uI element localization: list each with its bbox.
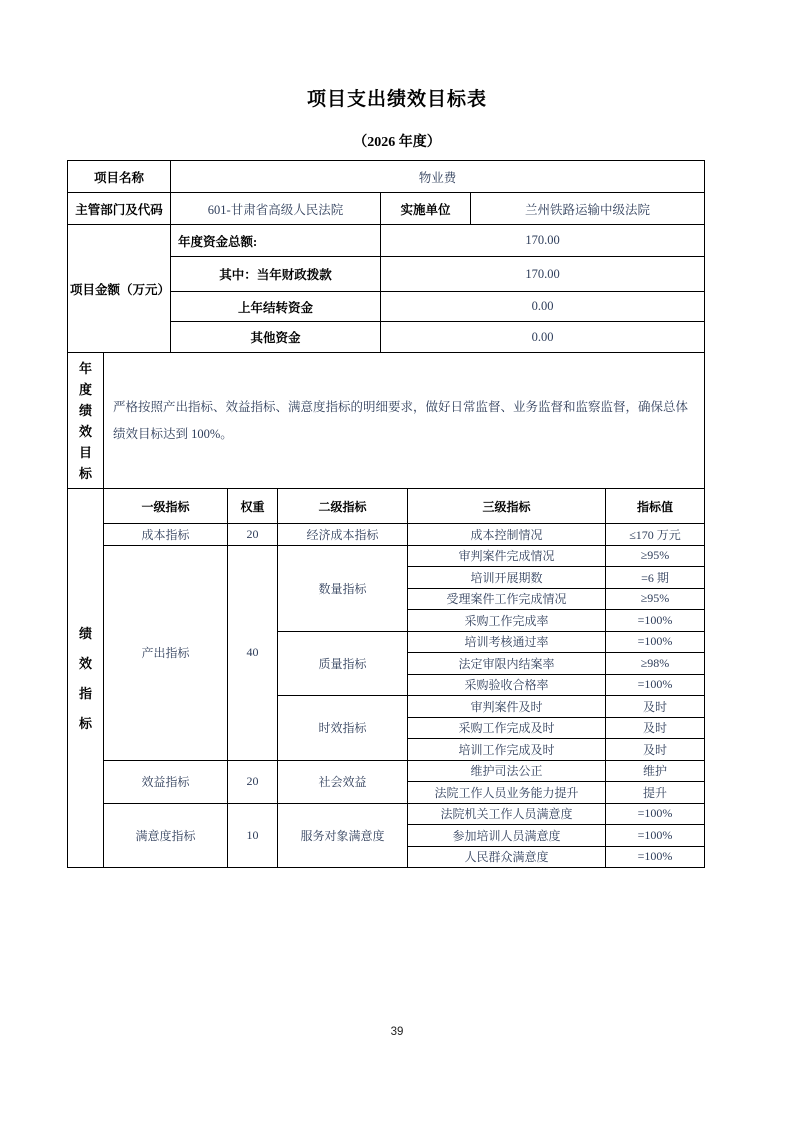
value-cell: 维护 bbox=[606, 760, 705, 782]
value-cell: =100% bbox=[606, 674, 705, 696]
value-cell: =6 期 bbox=[606, 567, 705, 589]
weight-cell: 20 bbox=[228, 760, 278, 803]
vertical-label-char: 标 bbox=[79, 467, 92, 480]
amount-row-value: 170.00 bbox=[381, 225, 705, 257]
vertical-label-char: 指 bbox=[79, 687, 92, 700]
perf-label-chars: 绩 效 指 标 bbox=[70, 627, 101, 730]
weight-cell: 40 bbox=[228, 545, 278, 760]
l1-cell: 满意度指标 bbox=[104, 803, 228, 868]
col-header-level1: 一级指标 bbox=[104, 489, 228, 524]
value-cell: 及时 bbox=[606, 696, 705, 718]
amount-row-value: 0.00 bbox=[381, 292, 705, 322]
annual-goal-table: 年 度 绩 效 目 标 严格按照产出指标、效益指标、满意度指标的明细要求，做好日… bbox=[67, 352, 705, 489]
value-cell: 及时 bbox=[606, 717, 705, 739]
l1-cell: 效益指标 bbox=[104, 760, 228, 803]
l3-cell: 参加培训人员满意度 bbox=[408, 825, 606, 847]
l3-cell: 培训工作完成及时 bbox=[408, 739, 606, 761]
amount-row-name: 年度资金总额: bbox=[171, 225, 381, 257]
col-header-level2: 二级指标 bbox=[278, 489, 408, 524]
unit-label: 实施单位 bbox=[381, 193, 471, 225]
vertical-label-char: 度 bbox=[79, 383, 92, 396]
project-info-table: 项目名称 物业费 主管部门及代码 601-甘肃省高级人民法院 实施单位 兰州铁路… bbox=[67, 160, 705, 353]
l3-cell: 人民群众满意度 bbox=[408, 846, 606, 868]
col-header-value: 指标值 bbox=[606, 489, 705, 524]
value-cell: =100% bbox=[606, 846, 705, 868]
unit-value: 兰州铁路运输中级法院 bbox=[471, 193, 705, 225]
project-name-value: 物业费 bbox=[171, 161, 705, 193]
amount-row-value: 170.00 bbox=[381, 257, 705, 292]
l1-cell: 成本指标 bbox=[104, 524, 228, 546]
project-name-label: 项目名称 bbox=[68, 161, 171, 193]
value-cell: =100% bbox=[606, 825, 705, 847]
l3-cell: 培训考核通过率 bbox=[408, 631, 606, 653]
amount-row-value: 0.00 bbox=[381, 322, 705, 353]
amount-row-name: 上年结转资金 bbox=[171, 292, 381, 322]
vertical-label-char: 绩 bbox=[79, 627, 92, 640]
l3-cell: 采购验收合格率 bbox=[408, 674, 606, 696]
perf-section-label: 绩 效 指 标 bbox=[68, 489, 104, 868]
l3-cell: 审判案件完成情况 bbox=[408, 545, 606, 567]
l1-cell: 产出指标 bbox=[104, 545, 228, 760]
performance-indicator-table: 绩 效 指 标 一级指标 权重 二级指标 三级指标 指标值 成本指标 20 经济… bbox=[67, 488, 705, 868]
l2-cell: 社会效益 bbox=[278, 760, 408, 803]
value-cell: 提升 bbox=[606, 782, 705, 804]
value-cell: 及时 bbox=[606, 739, 705, 761]
annual-goal-text: 严格按照产出指标、效益指标、满意度指标的明细要求，做好日常监督、业务监督和监察监… bbox=[104, 353, 705, 489]
amount-row-name: 其他资金 bbox=[171, 322, 381, 353]
amount-section-label: 项目金额（万元） bbox=[68, 225, 171, 353]
value-cell: ≥95% bbox=[606, 545, 705, 567]
l3-cell: 成本控制情况 bbox=[408, 524, 606, 546]
l3-cell: 维护司法公正 bbox=[408, 760, 606, 782]
l3-cell: 法院机关工作人员满意度 bbox=[408, 803, 606, 825]
vertical-label-char: 目 bbox=[79, 446, 92, 459]
value-cell: =100% bbox=[606, 631, 705, 653]
value-cell: ≥95% bbox=[606, 588, 705, 610]
value-cell: ≥98% bbox=[606, 653, 705, 675]
vertical-label-char: 效 bbox=[79, 425, 92, 438]
dept-label: 主管部门及代码 bbox=[68, 193, 171, 225]
weight-cell: 20 bbox=[228, 524, 278, 546]
value-cell: ≤170 万元 bbox=[606, 524, 705, 546]
value-cell: =100% bbox=[606, 610, 705, 632]
weight-cell: 10 bbox=[228, 803, 278, 868]
l3-cell: 审判案件及时 bbox=[408, 696, 606, 718]
l3-cell: 法院工作人员业务能力提升 bbox=[408, 782, 606, 804]
annual-goal-label-chars: 年 度 绩 效 目 标 bbox=[70, 362, 101, 480]
vertical-label-char: 绩 bbox=[79, 404, 92, 417]
value-cell: =100% bbox=[606, 803, 705, 825]
page-number: 39 bbox=[0, 1026, 794, 1038]
form-table-area: 项目名称 物业费 主管部门及代码 601-甘肃省高级人民法院 实施单位 兰州铁路… bbox=[67, 160, 704, 868]
col-header-level3: 三级指标 bbox=[408, 489, 606, 524]
l2-cell: 经济成本指标 bbox=[278, 524, 408, 546]
page-subtitle: （2026 年度） bbox=[0, 131, 794, 151]
annual-goal-label: 年 度 绩 效 目 标 bbox=[68, 353, 104, 489]
l2-cell: 数量指标 bbox=[278, 545, 408, 631]
l2-cell: 质量指标 bbox=[278, 631, 408, 696]
l2-cell: 时效指标 bbox=[278, 696, 408, 761]
l2-cell: 服务对象满意度 bbox=[278, 803, 408, 868]
l3-cell: 法定审限内结案率 bbox=[408, 653, 606, 675]
l3-cell: 培训开展期数 bbox=[408, 567, 606, 589]
vertical-label-char: 年 bbox=[79, 362, 92, 375]
l3-cell: 受理案件工作完成情况 bbox=[408, 588, 606, 610]
dept-value: 601-甘肃省高级人民法院 bbox=[171, 193, 381, 225]
page-title: 项目支出绩效目标表 bbox=[0, 0, 794, 111]
document-page: 项目支出绩效目标表 （2026 年度） 项目名称 物业费 主管部门及代码 601… bbox=[0, 0, 794, 1123]
vertical-label-char: 标 bbox=[79, 717, 92, 730]
vertical-label-char: 效 bbox=[79, 657, 92, 670]
l3-cell: 采购工作完成及时 bbox=[408, 717, 606, 739]
l3-cell: 采购工作完成率 bbox=[408, 610, 606, 632]
col-header-weight: 权重 bbox=[228, 489, 278, 524]
amount-row-name: 其中：当年财政拨款 bbox=[171, 257, 381, 292]
